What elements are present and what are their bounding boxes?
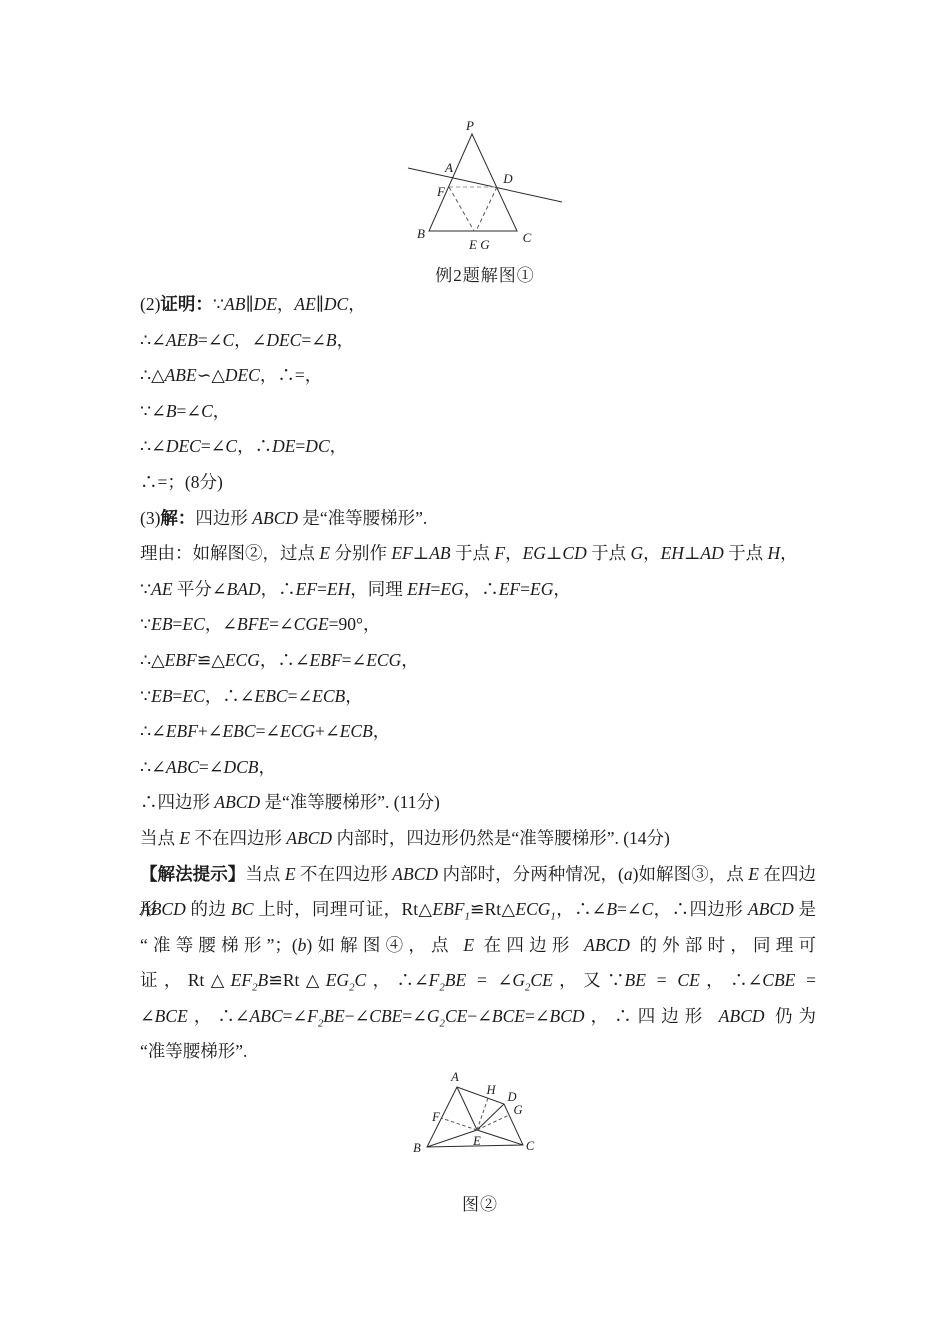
figure-1-drawing: P A F D B E G C bbox=[370, 110, 590, 260]
text-line: ∵∠B=∠C， bbox=[140, 394, 816, 430]
text-line: ∵EB=EC，∠BFE=∠CGE=90°， bbox=[140, 607, 816, 643]
figure-2-drawing: A H D G F E B C bbox=[400, 1065, 550, 1170]
text-line: “准等腰梯形”；(b)如解图④，点 E 在四边形 ABCD 的外部时，同理可 bbox=[140, 928, 816, 964]
figure-2: A H D G F E B C bbox=[400, 1065, 550, 1170]
bold-heading: 解： bbox=[160, 508, 195, 528]
point-label-c: C bbox=[526, 1139, 535, 1153]
text-line: ∴∠DEC=∠C，∴DE=DC， bbox=[140, 429, 816, 465]
point-label-h: H bbox=[485, 1083, 496, 1097]
text-line: ∴△ABE∽△DEC，∴=， bbox=[140, 358, 816, 394]
text-line: 当点 E 不在四边形 ABCD 内部时，四边形仍然是“准等腰梯形”. (14分) bbox=[140, 821, 816, 857]
dashed-line-fe bbox=[449, 187, 474, 231]
text-line: (2)证明：∵AB∥DE，AE∥DC， bbox=[140, 287, 816, 323]
text-line: 证，Rt△EF2B≌Rt△EG2C，∴∠F2BE = ∠G2CE，又∵BE = … bbox=[140, 963, 816, 999]
text-line: ∴四边形 ABCD 是“准等腰梯形”. (11分) bbox=[140, 785, 816, 821]
point-label-a: A bbox=[444, 160, 453, 175]
point-label-a: A bbox=[450, 1070, 459, 1084]
dashed-line-ef bbox=[441, 1118, 477, 1130]
segment-ec bbox=[477, 1130, 523, 1145]
solution-text: (2)证明：∵AB∥DE，AE∥DC，∴∠AEB=∠C，∠DEC=∠B，∴△AB… bbox=[140, 287, 816, 1070]
point-label-f: F bbox=[436, 184, 446, 199]
point-label-b: B bbox=[417, 226, 425, 241]
figure-1-caption: 例2题解图① bbox=[370, 261, 600, 286]
point-label-c: C bbox=[523, 230, 532, 245]
dashed-line-dg bbox=[476, 187, 497, 231]
bold-heading: 证明： bbox=[160, 294, 213, 314]
item-number: (3) bbox=[140, 508, 160, 528]
text-line: ∠BCE，∴∠ABC=∠F2BE−∠CBE=∠G2CE−∠BCE=∠BCD，∴四… bbox=[140, 999, 816, 1035]
text-line: 理由：如解图②，过点 E 分别作 EF⊥AB 于点 F，EG⊥CD 于点 G，E… bbox=[140, 536, 816, 572]
text-line: ∴∠AEB=∠C，∠DEC=∠B， bbox=[140, 323, 816, 359]
document-page: { "figure1": { "caption": "例2题解图①", "lab… bbox=[0, 0, 950, 1344]
text-line: ∴△EBF≌△ECG，∴∠EBF=∠ECG， bbox=[140, 643, 816, 679]
text-line: ∴∠EBF+∠EBC=∠ECG+∠ECB， bbox=[140, 714, 816, 750]
secant-line-ad bbox=[408, 168, 562, 202]
item-number: (2) bbox=[140, 294, 160, 314]
text-line: 【解法提示】当点 E 不在四边形 ABCD 内部时，分两种情况，(a)如解图③，… bbox=[140, 857, 816, 893]
point-label-e: E bbox=[472, 1134, 481, 1148]
text-line: ∵EB=EC，∴∠EBC=∠ECB， bbox=[140, 679, 816, 715]
text-line: ∵AE 平分∠BAD，∴EF=EH，同理 EH=EG，∴EF=EG， bbox=[140, 572, 816, 608]
point-label-g: G bbox=[480, 237, 490, 252]
point-label-d: D bbox=[506, 1090, 516, 1104]
text-line: ∴=；(8分) bbox=[140, 465, 816, 501]
point-label-e: E bbox=[468, 237, 477, 252]
text-line: ABCD 的边 BC 上时，同理可证，Rt△EBF1≌Rt△ECG1，∴∠B=∠… bbox=[140, 892, 816, 928]
text-line: ∴∠ABC=∠DCB， bbox=[140, 750, 816, 786]
figure-1: P A F D B E G C bbox=[370, 110, 590, 260]
point-label-p: P bbox=[465, 118, 474, 133]
point-label-g: G bbox=[513, 1103, 522, 1117]
bold-heading: 【解法提示】 bbox=[140, 864, 245, 884]
point-label-b: B bbox=[413, 1141, 421, 1155]
point-label-d: D bbox=[502, 171, 513, 186]
text-line: (3)解：四边形 ABCD 是“准等腰梯形”. bbox=[140, 501, 816, 537]
figure-2-caption: 图② bbox=[400, 1190, 560, 1215]
point-label-f: F bbox=[431, 1110, 440, 1124]
